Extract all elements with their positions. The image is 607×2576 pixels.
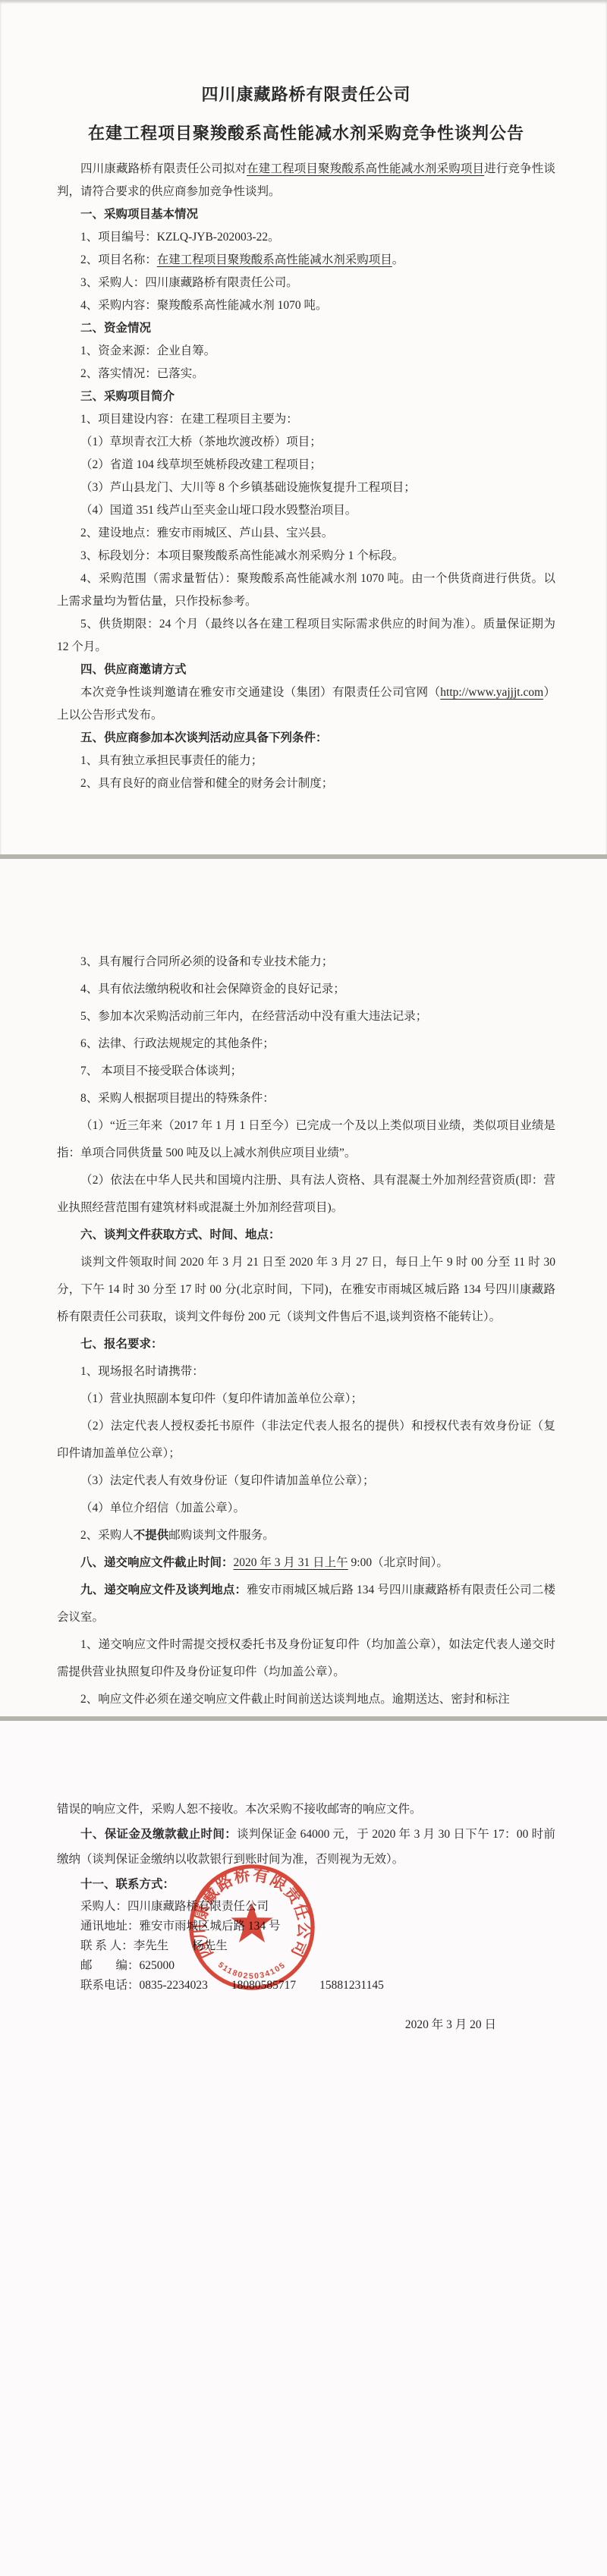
text-segment: 5、参加本次采购活动前三年内，在经营活动中没有重大违法记录；	[80, 1010, 427, 1023]
text-segment: 十一、联系方式：	[80, 1878, 175, 1891]
paragraph: 二、资金情况	[57, 317, 555, 340]
text-segment: 在建工程项目聚羧酸系高性能减水剂采购项目	[247, 162, 484, 175]
paragraph: 2、响应文件必须在递交响应文件截止时间前送达谈判地点。逾期送达、密封和标注	[57, 1686, 555, 1713]
paragraph: 十一、联系方式：	[57, 1872, 555, 1897]
text-segment: 1、项目编号：KZLQ-JYB-202003-22。	[80, 231, 280, 244]
paragraph: 2、落实情况：已落实。	[57, 363, 555, 385]
paragraph: 2、项目名称：在建工程项目聚羧酸系高性能减水剂采购项目。	[57, 249, 555, 272]
text-segment: 2、项目名称：	[80, 253, 157, 266]
scanned-document: 四川康藏路桥有限责任公司 在建工程项目聚羧酸系高性能减水剂采购竞争性谈判公告 四…	[0, 0, 607, 2576]
page-2-content: 3、具有履行合同所必须的设备和专业技术能力；4、具有依法缴纳税收和社会保障资金的…	[57, 948, 555, 1713]
paragraph: 1、递交响应文件时需提交授权委托书及身份证复印件（均加盖公章），如法定代表人递交…	[57, 1631, 555, 1686]
text-segment: （4）单位介绍信（加盖公章）。	[80, 1502, 245, 1514]
document-date: 2020 年 3 月 20 日	[57, 2015, 555, 2032]
text-segment: （3）法定代表人有效身份证（复印件请加盖单位公章）；	[80, 1474, 375, 1487]
text-segment: （1）草坝青衣江大桥（茶地坎渡改桥）项目；	[80, 436, 322, 448]
text-segment: （2）法定代表人授权委托书原件（非法定代表人报名的提供）和授权代表有效身份证（复…	[57, 1420, 555, 1460]
text-segment: （2）依法在中华人民共和国境内注册、具有法人资格、具有混凝土外加剂经营资质(即：…	[57, 1174, 555, 1214]
text-segment: 1、资金来源：企业自筹。	[80, 344, 215, 357]
paragraph: 八、递交响应文件截止时间：2020 年 3 月 31 日上午 9:00（北京时间…	[57, 1549, 555, 1577]
text-segment: 3、具有履行合同所必须的设备和专业技术能力；	[80, 955, 333, 968]
text-segment: 1、递交响应文件时需提交授权委托书及身份证复印件（均加盖公章），如法定代表人递交…	[57, 1638, 555, 1678]
paragraph: 1、项目编号：KZLQ-JYB-202003-22。	[57, 226, 555, 249]
page-3: 错误的响应文件，采购人恕不接收。本次采购不接收邮寄的响应文件。十、保证金及缴款截…	[0, 1721, 607, 2576]
text-segment: 二、资金情况	[80, 322, 151, 335]
paragraph: 联 系 人：李先生 杨先生	[57, 1936, 555, 1956]
text-segment: 4、采购范围（需求量暂估）：聚羧酸系高性能减水剂 1070 吨。由一个供货商进行…	[57, 572, 555, 608]
paragraph: 一、采购项目基本情况	[57, 203, 555, 226]
text-segment: 七、报名要求：	[80, 1338, 163, 1351]
text-segment: 六、谈判文件获取方式、时间、地点：	[80, 1228, 281, 1241]
paragraph: 错误的响应文件，采购人恕不接收。本次采购不接收邮寄的响应文件。	[57, 1797, 555, 1822]
text-segment: 五、供应商参加本次谈判活动应具备下列条件：	[80, 731, 328, 744]
text-segment: 2、响应文件必须在递交响应文件截止时间前送达谈判地点。逾期送达、密封和标注	[80, 1693, 510, 1706]
paragraph: 1、项目建设内容：在建工程项目主要为：	[57, 408, 555, 431]
text-segment: 1、项目建设内容：在建工程项目主要为：	[80, 413, 298, 426]
text-segment: 不提供	[134, 1529, 169, 1542]
text-segment: 1、现场报名时请携带：	[80, 1365, 204, 1378]
text-segment: 8、采购人根据项目提出的特殊条件：	[80, 1092, 275, 1105]
paragraph: （4）国道 351 线芦山至夹金山垭口段水毁整治项目。	[57, 499, 555, 522]
paragraph: 谈判文件领取时间 2020 年 3 月 21 日至 2020 年 3 月 27 …	[57, 1249, 555, 1331]
text-segment: 联系电话：0835-2234023 18080585717 1588123114…	[80, 1979, 384, 1992]
text-segment: （1）“近三年来（2017 年 1 月 1 日至今）已完成一个及以上类似项目业绩…	[57, 1119, 555, 1159]
text-segment: 4、具有依法缴纳税收和社会保障资金的良好记录；	[80, 983, 345, 995]
text-segment: 2、建设地点：雅安市雨城区、芦山县、宝兴县。	[80, 527, 333, 539]
page-1: 四川康藏路桥有限责任公司 在建工程项目聚羧酸系高性能减水剂采购竞争性谈判公告 四…	[0, 0, 607, 854]
paragraph: 8、采购人根据项目提出的特殊条件：	[57, 1085, 555, 1112]
text-segment: 联 系 人：李先生 杨先生	[80, 1939, 228, 1952]
paragraph: 4、具有依法缴纳税收和社会保障资金的良好记录；	[57, 976, 555, 1003]
paragraph: 2、采购人不提供邮购谈判文件服务。	[57, 1522, 555, 1549]
paragraph: 3、标段划分：本项目聚羧酸系高性能减水剂采购分 1 个标段。	[57, 545, 555, 568]
text-segment: 3、标段划分：本项目聚羧酸系高性能减水剂采购分 1 个标段。	[80, 549, 404, 562]
paragraph: 2、具有良好的商业信誉和健全的财务会计制度；	[57, 772, 555, 795]
paragraph: 6、法律、行政法规规定的其他条件；	[57, 1030, 555, 1058]
text-segment: 采购人：四川康藏路桥有限责任公司	[80, 1900, 269, 1913]
text-segment: 2、采购人	[80, 1529, 134, 1542]
paragraph: 7、 本项目不接受联合体谈判；	[57, 1058, 555, 1085]
paragraph: 五、供应商参加本次谈判活动应具备下列条件：	[57, 727, 555, 750]
paragraph: 2、建设地点：雅安市雨城区、芦山县、宝兴县。	[57, 522, 555, 545]
text-segment: 本次竞争性谈判邀请在雅安市交通建设（集团）有限责任公司官网（	[80, 686, 440, 699]
paragraph: （1）营业执照副本复印件（复印件请加盖单位公章）；	[57, 1386, 555, 1413]
paragraph: （3）芦山县龙门、大川等 8 个乡镇基础设施恢复提升工程项目；	[57, 477, 555, 499]
paragraph: 三、采购项目简介	[57, 385, 555, 408]
text-segment: 4、采购内容：聚羧酸系高性能减水剂 1070 吨。	[80, 299, 328, 312]
text-segment: 四、供应商邀请方式	[80, 663, 187, 676]
paragraph: 4、采购内容：聚羧酸系高性能减水剂 1070 吨。	[57, 294, 555, 317]
paragraph: 通讯地址：雅安市雨城区城后路 134 号	[57, 1917, 555, 1936]
text-segment: （2）省道 104 线草坝至姚桥段改建工程项目；	[80, 458, 322, 471]
paragraph: 1、资金来源：企业自筹。	[57, 340, 555, 363]
paragraph: 5、供货期限：24 个月（最终以各在建工程项目实际需求供应的时间为准）。质量保证…	[57, 613, 555, 659]
text-segment: 一、采购项目基本情况	[80, 208, 198, 221]
paragraph: （3）法定代表人有效身份证（复印件请加盖单位公章）；	[57, 1467, 555, 1495]
text-segment: （4）国道 351 线芦山至夹金山垭口段水毁整治项目。	[80, 504, 357, 517]
paragraph: 邮 编：625000	[57, 1956, 555, 1976]
paragraph: 六、谈判文件获取方式、时间、地点：	[57, 1222, 555, 1249]
paragraph: 九、递交响应文件及谈判地点：雅安市雨城区城后路 134 号四川康藏路桥有限责任公…	[57, 1577, 555, 1631]
text-segment: 。	[392, 253, 404, 266]
paragraph: 1、具有独立承担民事责任的能力；	[57, 750, 555, 772]
text-segment: （1）营业执照副本复印件（复印件请加盖单位公章）；	[80, 1392, 363, 1405]
paragraph: （2）省道 104 线草坝至姚桥段改建工程项目；	[57, 454, 555, 477]
announcement-title: 在建工程项目聚羧酸系高性能减水剂采购竞争性谈判公告	[57, 121, 555, 144]
text-segment: （3）芦山县龙门、大川等 8 个乡镇基础设施恢复提升工程项目；	[80, 481, 416, 494]
page-3-content: 错误的响应文件，采购人恕不接收。本次采购不接收邮寄的响应文件。十、保证金及缴款截…	[57, 1797, 555, 1996]
paragraph: （2）法定代表人授权委托书原件（非法定代表人报名的提供）和授权代表有效身份证（复…	[57, 1413, 555, 1467]
text-segment: 在建工程项目聚羧酸系高性能减水剂采购项目	[157, 253, 392, 266]
paragraph: 1、现场报名时请携带：	[57, 1358, 555, 1386]
paragraph: （1）草坝青衣江大桥（茶地坎渡改桥）项目；	[57, 431, 555, 454]
text-segment: 9:00（北京时间）。	[348, 1556, 448, 1569]
paragraph: 3、具有履行合同所必须的设备和专业技术能力；	[57, 948, 555, 976]
page-2: 3、具有履行合同所必须的设备和专业技术能力；4、具有依法缴纳税收和社会保障资金的…	[0, 859, 607, 1716]
text-segment: 5、供货期限：24 个月（最终以各在建工程项目实际需求供应的时间为准）。质量保证…	[57, 618, 555, 653]
text-segment: 八、递交响应文件截止时间：	[80, 1556, 234, 1569]
paragraph: 3、采购人：四川康藏路桥有限责任公司。	[57, 272, 555, 294]
text-segment: 十、保证金及缴款截止时间：	[80, 1828, 237, 1841]
text-segment: 2、落实情况：已落实。	[80, 367, 204, 380]
company-title: 四川康藏路桥有限责任公司	[57, 82, 555, 105]
text-segment: 2020 年 3 月 31 日上午	[234, 1556, 348, 1569]
text-segment: 1、具有独立承担民事责任的能力；	[80, 754, 263, 767]
text-segment: 邮 编：625000	[80, 1959, 175, 1972]
text-segment: 三、采购项目简介	[80, 390, 175, 403]
text-segment: http://www.yajjjt.com	[440, 686, 543, 699]
paragraph: 七、报名要求：	[57, 1331, 555, 1358]
text-segment: 四川康藏路桥有限责任公司拟对	[80, 162, 247, 175]
text-segment: 错误的响应文件，采购人恕不接收。本次采购不接收邮寄的响应文件。	[57, 1803, 422, 1816]
paragraph: 十、保证金及缴款截止时间：谈判保证金 64000 元，于 2020 年 3 月 …	[57, 1822, 555, 1872]
paragraph: 联系电话：0835-2234023 18080585717 1588123114…	[57, 1976, 555, 1996]
paragraph: 4、采购范围（需求量暂估）：聚羧酸系高性能减水剂 1070 吨。由一个供货商进行…	[57, 568, 555, 613]
text-segment: 邮购谈判文件服务。	[168, 1529, 275, 1542]
paragraph: （2）依法在中华人民共和国境内注册、具有法人资格、具有混凝土外加剂经营资质(即：…	[57, 1167, 555, 1222]
text-segment: 通讯地址：雅安市雨城区城后路 134 号	[80, 1920, 281, 1933]
paragraph: 四、供应商邀请方式	[57, 659, 555, 681]
page-1-content: 四川康藏路桥有限责任公司拟对在建工程项目聚羧酸系高性能减水剂采购项目进行竞争性谈…	[57, 158, 555, 795]
text-segment: 九、递交响应文件及谈判地点：	[80, 1584, 247, 1596]
text-segment: 谈判文件领取时间 2020 年 3 月 21 日至 2020 年 3 月 27 …	[57, 1256, 555, 1323]
paragraph: 四川康藏路桥有限责任公司拟对在建工程项目聚羧酸系高性能减水剂采购项目进行竞争性谈…	[57, 158, 555, 203]
text-segment: 7、 本项目不接受联合体谈判；	[80, 1065, 242, 1077]
text-segment: 2、具有良好的商业信誉和健全的财务会计制度；	[80, 777, 333, 790]
paragraph: （4）单位介绍信（加盖公章）。	[57, 1495, 555, 1522]
text-segment: 3、采购人：四川康藏路桥有限责任公司。	[80, 276, 298, 289]
paragraph: 采购人：四川康藏路桥有限责任公司	[57, 1897, 555, 1917]
text-segment: 6、法律、行政法规规定的其他条件；	[80, 1037, 275, 1050]
paragraph: 本次竞争性谈判邀请在雅安市交通建设（集团）有限责任公司官网（http://www…	[57, 681, 555, 727]
paragraph: 5、参加本次采购活动前三年内，在经营活动中没有重大违法记录；	[57, 1003, 555, 1030]
paragraph: （1）“近三年来（2017 年 1 月 1 日至今）已完成一个及以上类似项目业绩…	[57, 1112, 555, 1167]
